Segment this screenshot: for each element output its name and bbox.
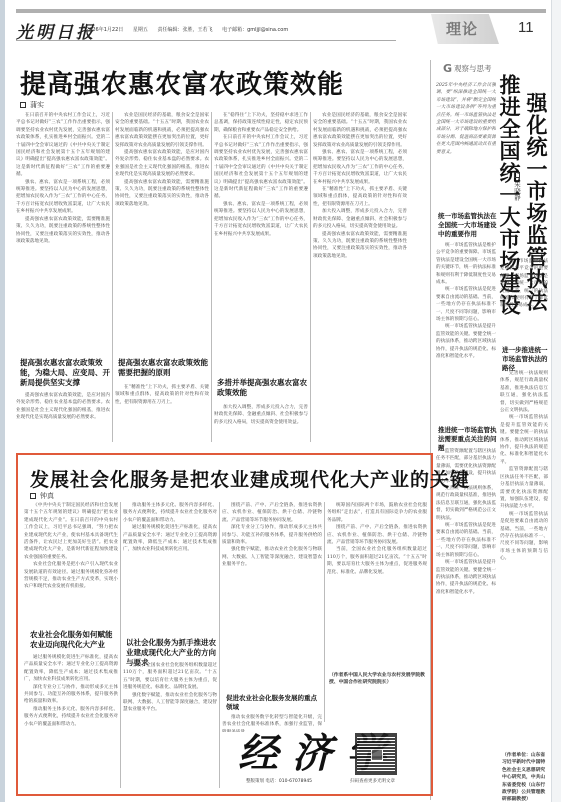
sidebar-col-1-lower: 监管资源配置与辖区执法任务不匹配，部分基层执法力量薄弱，需要优化执法资源配置，加…	[436, 448, 496, 798]
article1-subhead-3: 多措并举提高强农惠农富农政策效能	[217, 378, 307, 398]
email: 电子邮箱：gmljjl@sina.com	[222, 27, 288, 33]
column-divider	[112, 112, 113, 442]
sidebar-col-2: 完善统一执法规则体系，规范行政裁量权基准，推进执法信息互联互通，强化执法监督，切…	[500, 370, 548, 758]
qr-label: 扫码查看更多光明文章	[350, 778, 395, 784]
sidebar-subhead-1: 统一市场监管执法在全国统一大市场建设中的重要作用	[438, 212, 498, 239]
article2-col-3: 围绕产前、产中、产后全链条，推进农资供应、农机作业、植保防治、烘干仓储、冷链物流…	[222, 502, 322, 694]
article2-title: 发展社会化服务是把农业建成现代化大产业的关键	[30, 465, 470, 492]
article2-col-1: 《中共中央关于制定国民经济和社会发展第十五个五年规划的建议》明确提出“把农业建成…	[24, 502, 118, 622]
top-rule	[16, 9, 546, 13]
right-scrollbar[interactable]	[551, 0, 561, 802]
byline-box-icon	[20, 102, 26, 108]
editors: 责任编辑：张胜，王若飞	[157, 27, 212, 33]
column-label: G观察与思考	[443, 62, 492, 75]
left-scroll-gutter	[0, 0, 5, 802]
article1-col-2-lower: 在“精准性”上下功夫，抓主要矛盾、关键领域和重点群体，提高政策的针对性和有效性，…	[115, 384, 209, 444]
article1-byline: 蒲实	[20, 100, 44, 110]
sidebar-byline: 朱晓静	[513, 172, 522, 201]
sidebar-subhead-2: 进一步推进统一市场监管执法的路径	[502, 346, 548, 373]
issue-weekday: 星期五	[133, 27, 148, 33]
page-number: 11	[518, 19, 534, 36]
sidebar-col-1: 统一市场监管执法是维护公平竞争的重要保障。市场监管执法是建设全国统一大市场的关键…	[436, 242, 496, 417]
article2-subhead-1: 农业社会化服务如何赋能农业迈向现代化大产业	[30, 630, 116, 650]
article1-subhead-2: 提高强农惠农富农政策效能需要把握的原则	[118, 358, 208, 378]
column-divider	[211, 112, 212, 442]
section-contact: 整版策划 电话：010-67078945	[246, 778, 312, 784]
article1-title: 提高强农惠农富农政策效能	[20, 64, 344, 101]
byline-box-icon	[514, 172, 520, 178]
masthead-meta: 2026年1月22日 星期五 责任编辑：张胜，王若飞 电子邮箱：gmljjl@s…	[86, 26, 296, 33]
article1-subhead-1: 提高强农惠农富农政策效能，为稳大局、应变局、开新局提供坚实支撑	[20, 358, 110, 388]
issue-date: 2026年1月22日	[86, 27, 123, 33]
section-label: 理论	[446, 18, 478, 39]
article2-author: 钟真	[40, 492, 54, 500]
newspaper-page: 光明日报 2026年1月22日 星期五 责任编辑：张胜，王若飞 电子邮箱：gml…	[6, 0, 551, 802]
article1-col-2: 农业是国民经济的基础，粮食安全是国家安全的重要基础。“十五五”时期，我国农业农村…	[115, 112, 209, 352]
article2-col-1-lower: 通过服务规模化促进生产标准化，提高农产品质量安全水平；通过专业化分工提高资源配置…	[24, 654, 118, 788]
byline-box-icon	[30, 493, 36, 499]
column-logo-icon: G	[443, 62, 452, 75]
article1-col-3-lower: 加大投入调整，形成多元投入合力，完善财政优先保障、金融重点倾斜、社会积极参与的多…	[214, 404, 308, 444]
column-divider	[219, 502, 220, 788]
column-divider	[120, 502, 121, 788]
article2-author-note: （作者系中国人民大学农业与农村发展学院教授、中国合作社研究院院长）	[329, 672, 427, 687]
column-divider	[324, 502, 325, 722]
article1-col-4: 农业是国民经济的基础，粮食安全是国家安全的重要基础。“十五五”时期，我国农业农村…	[313, 112, 407, 442]
masthead-rule-2	[156, 40, 396, 41]
sidebar-author-note: （作者单位：山东省习近平新时代中国特色社会主义思想研究中心研究员，中共山东省委党…	[502, 752, 548, 802]
article2-subhead-3: 促进农业社会化服务发展的重点领域	[226, 694, 322, 712]
article2-col-2-lower: 当前，全国农业社会化服务组织数量超过110万个，服务面积超过21亿亩次。“十五五…	[123, 662, 217, 788]
sidebar-col-2-top: 统一市场监管执法是维护公平竞争的重要保障。市场监管执法是建设全国统一大市场的关键…	[500, 258, 548, 336]
column-divider	[310, 112, 311, 442]
article1-author: 蒲实	[30, 101, 44, 109]
qr-code[interactable]	[355, 733, 397, 775]
article2-col-4: 统筹国内国际两个市场，鼓励农业社会化服务组织“走出去”，打造具有国际竞争力的农业…	[327, 502, 427, 672]
article2-byline: 钟真	[30, 491, 54, 501]
article1-col-3: 在“稳得住”上下功夫，坚持稳中求进工作总基调，保持政策连续性稳定性，稳定农民预期…	[214, 112, 308, 367]
article1-col-1-lower: 提高强农惠农富农政策效能，是应对国内外复杂形势、稳住农业基本盘的必然要求。农业强…	[16, 392, 110, 444]
article1-col-1: 在日前召开的中央农村工作会议上，习近平总书记对做好“三农”工作作出重要指示，强调…	[16, 112, 110, 352]
article2-col-2: 推动服务主体多元化、服务内容多样化、服务方式便利化，持续提升农业社会化服务对小农…	[123, 502, 217, 630]
masthead-rule	[16, 40, 156, 41]
